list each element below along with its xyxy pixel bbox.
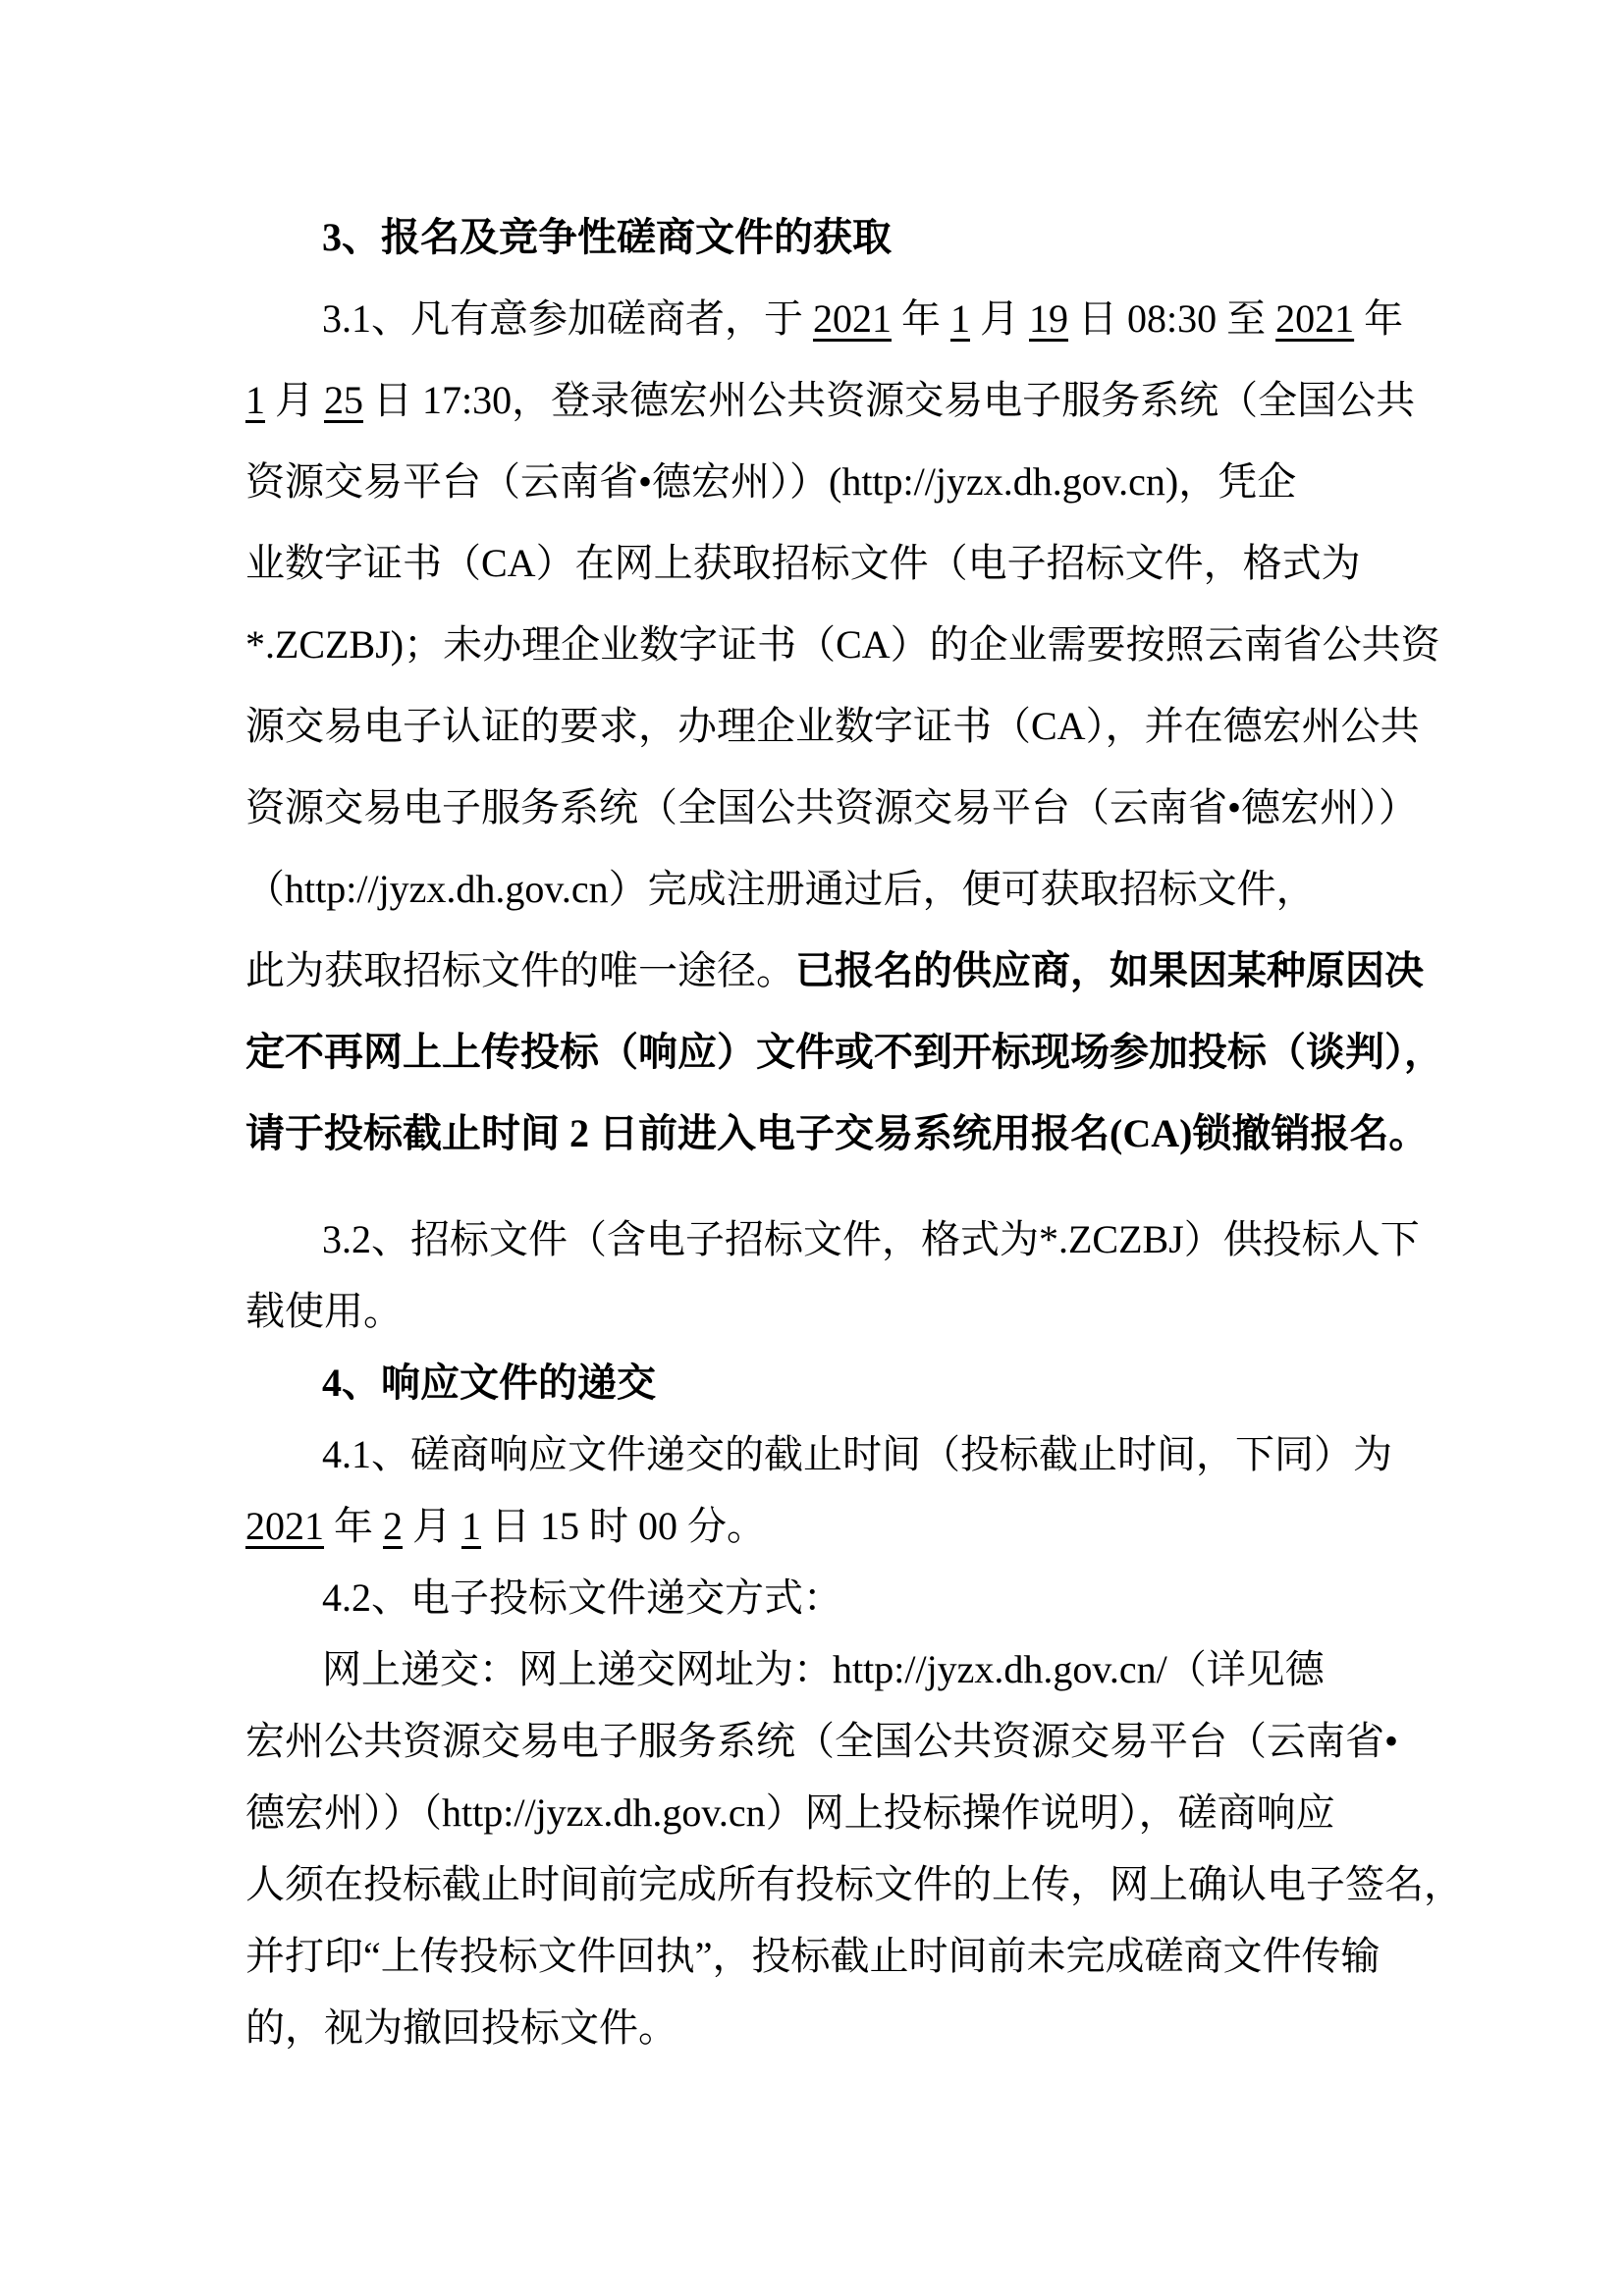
underlined-text-run: 2021 xyxy=(1275,296,1354,341)
text-run: 宏州公共资源交易电子服务系统（全国公共资源交易平台（云南省• xyxy=(245,1719,1398,1763)
text-run: 源交易电子认证的要求，办理企业数字证书（CA），并在德宏州公共 xyxy=(245,704,1420,748)
text-run: 月 xyxy=(403,1504,461,1548)
para-3-1-line-9: 此为获取招标文件的唯一途径。已报名的供应商，如果因某种原因决 xyxy=(245,930,1380,1011)
text-run: 并打印“上传投标文件回执”，投标截止时间前未完成磋商文件传输 xyxy=(245,1934,1380,1978)
underlined-text-run: 25 xyxy=(324,378,363,422)
bold-text-run: 已报名的供应商，如果因某种原因决 xyxy=(795,948,1424,992)
heading-3: 3、报名及竞争性磋商文件的获取 xyxy=(245,196,1380,278)
text-run: 3.1、凡有意参加磋商者，于 xyxy=(322,296,813,341)
para-online-line-2: 宏州公共资源交易电子服务系统（全国公共资源交易平台（云南省• xyxy=(245,1705,1380,1777)
heading-4: 4、响应文件的递交 xyxy=(245,1347,1380,1418)
bold-text-run: 4、响应文件的递交 xyxy=(322,1361,656,1405)
text-run: 此为获取招标文件的唯一途径。 xyxy=(245,948,795,992)
para-online-line-4: 人须在投标截止时间前完成所有投标文件的上传，网上确认电子签名， xyxy=(245,1848,1380,1920)
text-run: 的，视为撤回投标文件。 xyxy=(245,2005,677,2050)
para-4-1-line-1: 4.1、磋商响应文件递交的截止时间（投标截止时间，下同）为 xyxy=(245,1418,1380,1490)
para-3-2-line-2: 载使用。 xyxy=(245,1275,1380,1347)
underlined-text-run: 1 xyxy=(950,296,970,341)
para-3-1-line-8: （http://jyzx.dh.gov.cn）完成注册通过后，便可获取招标文件， xyxy=(245,848,1380,930)
text-run: 业数字证书（CA）在网上获取招标文件（电子招标文件，格式为 xyxy=(245,541,1361,585)
text-run: 4.1、磋商响应文件递交的截止时间（投标截止时间，下同）为 xyxy=(322,1432,1392,1476)
section-3-registration: 3、报名及竞争性磋商文件的获取3.1、凡有意参加磋商者，于 2021 年 1 月… xyxy=(245,196,1380,1174)
section-3-2-and-4-submission: 3.2、招标文件（含电子招标文件，格式为*.ZCZBJ）供投标人下载使用。4、响… xyxy=(245,1203,1380,2063)
underlined-text-run: 19 xyxy=(1029,296,1068,341)
text-run: 资源交易平台（云南省•德宏州））(http://jyzx.dh.gov.cn)，… xyxy=(245,459,1296,504)
para-online-line-5: 并打印“上传投标文件回执”，投标截止时间前未完成磋商文件传输 xyxy=(245,1920,1380,1992)
document-page: 3、报名及竞争性磋商文件的获取3.1、凡有意参加磋商者，于 2021 年 1 月… xyxy=(0,0,1624,2296)
para-3-1-line-2: 1 月 25 日 17:30，登录德宏州公共资源交易电子服务系统（全国公共 xyxy=(245,359,1380,441)
text-run: 3.2、招标文件（含电子招标文件，格式为*.ZCZBJ）供投标人下 xyxy=(322,1217,1420,1261)
text-run: 人须在投标截止时间前完成所有投标文件的上传，网上确认电子签名， xyxy=(245,1862,1463,1906)
document-content: 3、报名及竞争性磋商文件的获取3.1、凡有意参加磋商者，于 2021 年 1 月… xyxy=(245,196,1380,2063)
text-run: 载使用。 xyxy=(245,1289,403,1333)
para-3-1-line-7: 资源交易电子服务系统（全国公共资源交易平台（云南省•德宏州）） xyxy=(245,767,1380,848)
text-run: 月 xyxy=(970,296,1029,341)
underlined-text-run: 2021 xyxy=(245,1504,324,1548)
para-3-1-line-3: 资源交易平台（云南省•德宏州））(http://jyzx.dh.gov.cn)，… xyxy=(245,441,1380,522)
text-run: 网上递交：网上递交网址为：http://jyzx.dh.gov.cn/（详见德 xyxy=(322,1647,1325,1691)
text-run: *.ZCZBJ)；未办理企业数字证书（CA）的企业需要按照云南省公共资 xyxy=(245,622,1440,667)
para-online-line-3: 德宏州））（http://jyzx.dh.gov.cn）网上投标操作说明），磋商… xyxy=(245,1777,1380,1848)
underlined-text-run: 1 xyxy=(461,1504,481,1548)
text-run: 年 xyxy=(324,1504,383,1548)
bold-text-run: 定不再网上上传投标（响应）文件或不到开标现场参加投标（谈判）， xyxy=(245,1030,1443,1074)
underlined-text-run: 1 xyxy=(245,378,265,422)
underlined-text-run: 2021 xyxy=(813,296,892,341)
para-4-1-line-2: 2021 年 2 月 1 日 15 时 00 分。 xyxy=(245,1490,1380,1562)
para-3-1-line-4: 业数字证书（CA）在网上获取招标文件（电子招标文件，格式为 xyxy=(245,522,1380,604)
text-run: 日 15 时 00 分。 xyxy=(481,1504,766,1548)
para-3-2-line-1: 3.2、招标文件（含电子招标文件，格式为*.ZCZBJ）供投标人下 xyxy=(245,1203,1380,1275)
para-online-line-6: 的，视为撤回投标文件。 xyxy=(245,1992,1380,2063)
text-run: 资源交易电子服务系统（全国公共资源交易平台（云南省•德宏州）） xyxy=(245,785,1418,829)
text-run: 4.2、电子投标文件递交方式： xyxy=(322,1575,842,1620)
para-4-2-line-1: 4.2、电子投标文件递交方式： xyxy=(245,1562,1380,1633)
text-run: 年 xyxy=(892,296,950,341)
text-run: 德宏州））（http://jyzx.dh.gov.cn）网上投标操作说明），磋商… xyxy=(245,1790,1335,1835)
para-3-1-line-1: 3.1、凡有意参加磋商者，于 2021 年 1 月 19 日 08:30 至 2… xyxy=(245,278,1380,359)
para-online-line-1: 网上递交：网上递交网址为：http://jyzx.dh.gov.cn/（详见德 xyxy=(245,1633,1380,1705)
text-run: 年 xyxy=(1354,296,1403,341)
underlined-text-run: 2 xyxy=(383,1504,403,1548)
para-3-1-line-11: 请于投标截止时间 2 日前进入电子交易系统用报名(CA)锁撤销报名。 xyxy=(245,1093,1380,1174)
bold-text-run: 3、报名及竞争性磋商文件的获取 xyxy=(322,215,892,259)
text-run: 日 08:30 至 xyxy=(1068,296,1275,341)
para-3-1-line-5: *.ZCZBJ)；未办理企业数字证书（CA）的企业需要按照云南省公共资 xyxy=(245,604,1380,685)
para-3-1-line-6: 源交易电子认证的要求，办理企业数字证书（CA），并在德宏州公共 xyxy=(245,685,1380,767)
text-run: 月 xyxy=(265,378,324,422)
text-run: 日 17:30，登录德宏州公共资源交易电子服务系统（全国公共 xyxy=(363,378,1415,422)
para-3-1-line-10: 定不再网上上传投标（响应）文件或不到开标现场参加投标（谈判）， xyxy=(245,1011,1380,1093)
bold-text-run: 请于投标截止时间 2 日前进入电子交易系统用报名(CA)锁撤销报名。 xyxy=(245,1111,1428,1155)
text-run: （http://jyzx.dh.gov.cn）完成注册通过后，便可获取招标文件， xyxy=(245,867,1316,911)
